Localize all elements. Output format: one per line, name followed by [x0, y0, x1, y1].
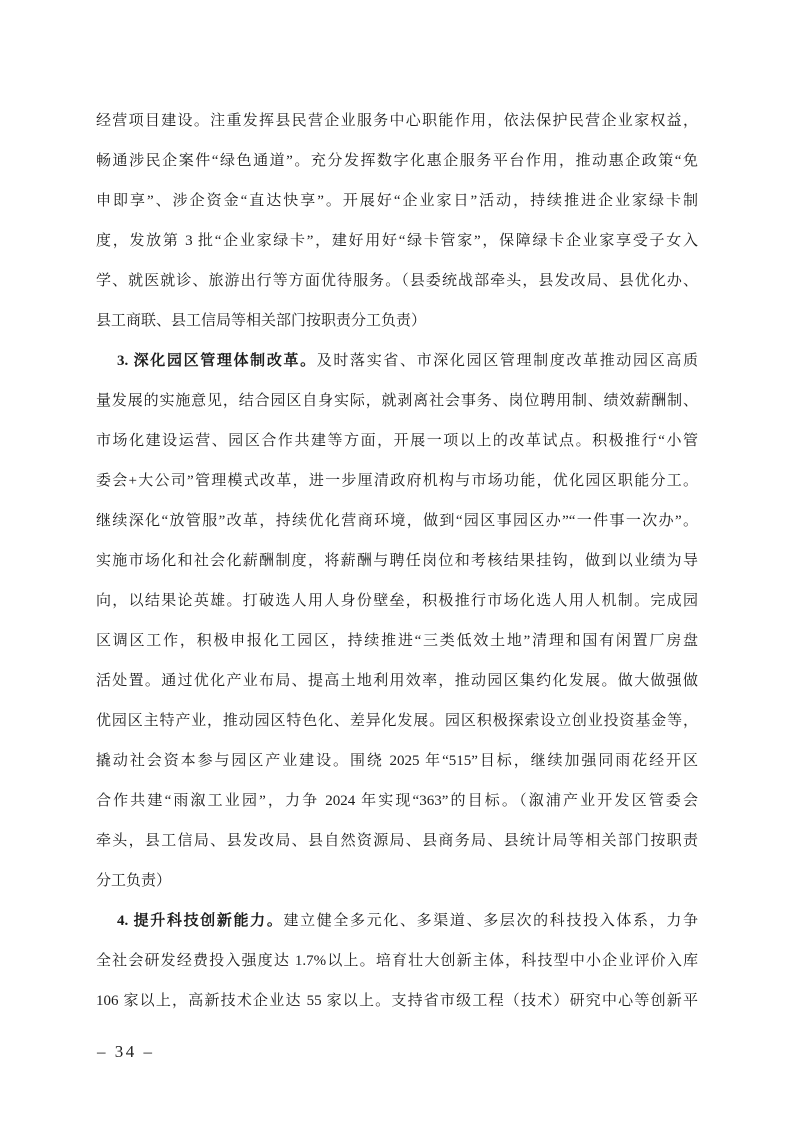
text-line: 申即享”、涉企资金“直达快享”。开展好“企业家日”活动，持续推进企业家绿卡制 [96, 181, 698, 221]
text-line: 撬动社会资本参与园区产业建设。围绕 2025 年“515”目标，继续加强同雨花经… [96, 741, 698, 781]
document-page: 经营项目建设。注重发挥县民营企业服务中心职能作用，依法保护民营企业家权益，畅通涉… [0, 0, 793, 1122]
line-text: 继续深化“放管服”改革，持续优化营商环境，做到“园区事园区办”“一件事一次办”。 [96, 513, 698, 529]
text-line: 3. 深化园区管理体制改革。及时落实省、市深化园区管理制度改革推动园区高质 [96, 341, 698, 381]
text-line: 向，以结果论英雄。打破选人用人身份壁垒，积极推行市场化选人用人机制。完成园 [96, 581, 698, 621]
document-body: 经营项目建设。注重发挥县民营企业服务中心职能作用，依法保护民营企业家权益，畅通涉… [96, 101, 698, 1021]
text-line: 继续深化“放管服”改革，持续优化营商环境，做到“园区事园区办”“一件事一次办”。 [96, 501, 698, 541]
text-line: 市场化建设运营、园区合作共建等方面，开展一项以上的改革试点。积极推行“小管 [96, 421, 698, 461]
text-line: 量发展的实施意见，结合园区自身实际，就剥离社会事务、岗位聘用制、绩效薪酬制、 [96, 381, 698, 421]
line-text: 量发展的实施意见，结合园区自身实际，就剥离社会事务、岗位聘用制、绩效薪酬制、 [96, 393, 698, 409]
text-line: 县工商联、县工信局等相关部门按职责分工负责） [96, 301, 698, 341]
text-line: 经营项目建设。注重发挥县民营企业服务中心职能作用，依法保护民营企业家权益， [96, 101, 698, 141]
text-line: 全社会研发经费投入强度达 1.7%以上。培育壮大创新主体，科技型中小企业评价入库 [96, 941, 698, 981]
line-text: 及时落实省、市深化园区管理制度改革推动园区高质 [317, 353, 698, 369]
line-text: 县工商联、县工信局等相关部门按职责分工负责） [96, 313, 426, 329]
text-line: 牵头，县工信局、县发改局、县自然资源局、县商务局、县统计局等相关部门按职责 [96, 821, 698, 861]
text-line: 学、就医就诊、旅游出行等方面优待服务。（县委统战部牵头，县发改局、县优化办、 [96, 261, 698, 301]
line-text: 撬动社会资本参与园区产业建设。围绕 2025 年“515”目标，继续加强同雨花经… [96, 753, 698, 769]
text-line: 合作共建“雨溆工业园”，力争 2024 年实现“363”的目标。（溆浦产业开发区… [96, 781, 698, 821]
line-text: 建立健全多元化、多渠道、多层次的科技投入体系，力争 [283, 913, 698, 929]
text-line: 106 家以上，高新技术企业达 55 家以上。支持省市级工程（技术）研究中心等创… [96, 981, 698, 1021]
paragraph-heading: 3. 深化园区管理体制改革。 [117, 353, 317, 369]
text-line: 活处置。通过优化产业布局、提高土地利用效率，推动园区集约化发展。做大做强做 [96, 661, 698, 701]
line-text: 实施市场化和社会化薪酬制度，将薪酬与聘任岗位和考核结果挂钩，做到以业绩为导 [96, 553, 698, 569]
page-number: – 34 – [97, 1042, 155, 1061]
text-line: 区调区工作，积极申报化工园区，持续推进“三类低效土地”清理和国有闲置厂房盘 [96, 621, 698, 661]
text-line: 4. 提升科技创新能力。建立健全多元化、多渠道、多层次的科技投入体系，力争 [96, 901, 698, 941]
text-line: 畅通涉民企案件“绿色通道”。充分发挥数字化惠企服务平台作用，推动惠企政策“免 [96, 141, 698, 181]
text-line: 实施市场化和社会化薪酬制度，将薪酬与聘任岗位和考核结果挂钩，做到以业绩为导 [96, 541, 698, 581]
text-line: 委会+大公司”管理模式改革，进一步厘清政府机构与市场功能，优化园区职能分工。 [96, 461, 698, 501]
line-text: 向，以结果论英雄。打破选人用人身份壁垒，积极推行市场化选人用人机制。完成园 [96, 593, 698, 609]
line-text: 度，发放第 3 批“企业家绿卡”，建好用好“绿卡管家”，保障绿卡企业家享受子女入 [96, 233, 698, 249]
line-text: 学、就医就诊、旅游出行等方面优待服务。（县委统战部牵头，县发改局、县优化办、 [96, 273, 698, 289]
line-text: 经营项目建设。注重发挥县民营企业服务中心职能作用，依法保护民营企业家权益， [96, 113, 698, 129]
text-line: 分工负责） [96, 861, 698, 901]
line-text: 优园区主特产业，推动园区特色化、差异化发展。园区积极探索设立创业投资基金等， [96, 713, 698, 729]
line-text: 市场化建设运营、园区合作共建等方面，开展一项以上的改革试点。积极推行“小管 [96, 433, 698, 449]
line-text: 委会+大公司”管理模式改革，进一步厘清政府机构与市场功能，优化园区职能分工。 [96, 473, 698, 489]
paragraph-heading: 4. 提升科技创新能力。 [117, 913, 283, 929]
line-text: 牵头，县工信局、县发改局、县自然资源局、县商务局、县统计局等相关部门按职责 [96, 833, 698, 849]
line-text: 申即享”、涉企资金“直达快享”。开展好“企业家日”活动，持续推进企业家绿卡制 [96, 193, 698, 209]
line-text: 全社会研发经费投入强度达 1.7%以上。培育壮大创新主体，科技型中小企业评价入库 [96, 953, 698, 969]
line-text: 活处置。通过优化产业布局、提高土地利用效率，推动园区集约化发展。做大做强做 [96, 673, 698, 689]
text-line: 度，发放第 3 批“企业家绿卡”，建好用好“绿卡管家”，保障绿卡企业家享受子女入 [96, 221, 698, 261]
line-text: 分工负责） [96, 873, 171, 889]
text-line: 优园区主特产业，推动园区特色化、差异化发展。园区积极探索设立创业投资基金等， [96, 701, 698, 741]
line-text: 畅通涉民企案件“绿色通道”。充分发挥数字化惠企服务平台作用，推动惠企政策“免 [96, 153, 698, 169]
page-footer: – 34 – [97, 1041, 155, 1063]
line-text: 合作共建“雨溆工业园”，力争 2024 年实现“363”的目标。（溆浦产业开发区… [96, 793, 698, 809]
line-text: 106 家以上，高新技术企业达 55 家以上。支持省市级工程（技术）研究中心等创… [96, 993, 698, 1009]
line-text: 区调区工作，积极申报化工园区，持续推进“三类低效土地”清理和国有闲置厂房盘 [96, 633, 698, 649]
